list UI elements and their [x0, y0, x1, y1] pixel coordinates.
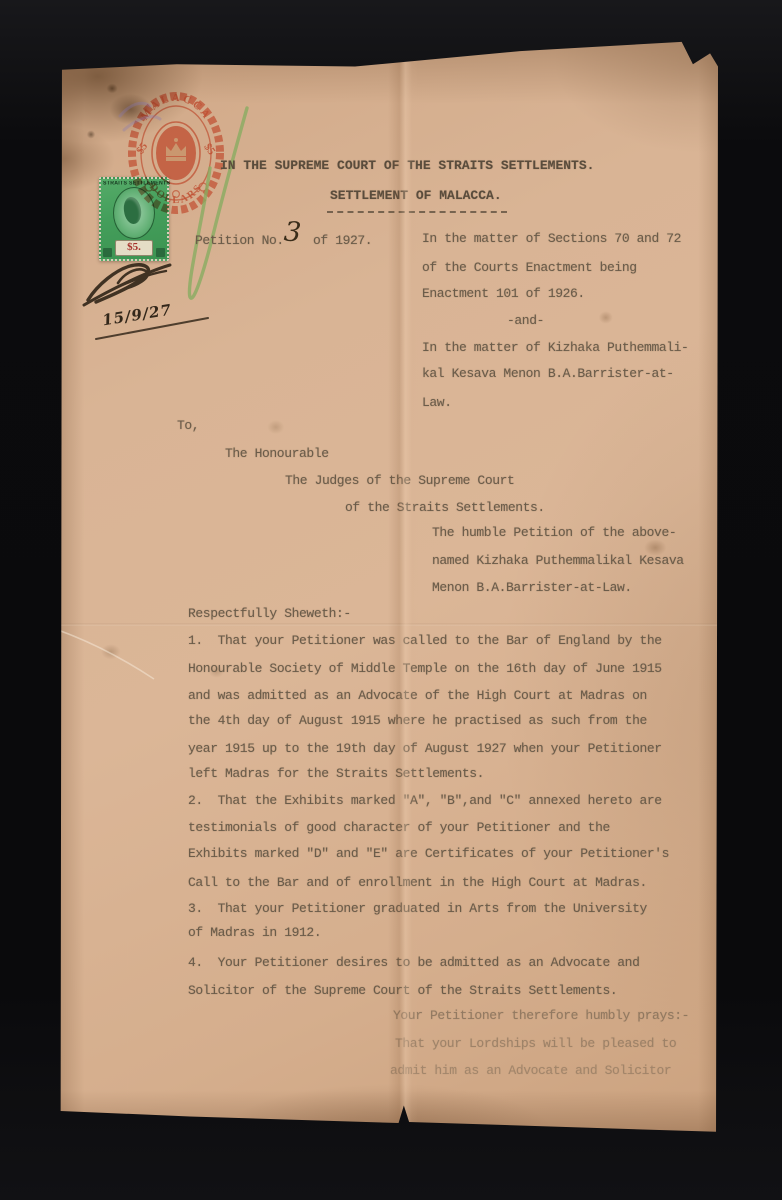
matter-line: Law. [422, 396, 452, 410]
body-line: 3. That your Petitioner graduated in Art… [188, 902, 647, 916]
handwritten-date: 15/9/27 [101, 301, 173, 330]
petition-number-handwritten: 3 [283, 216, 302, 248]
body-line: 4. Your Petitioner desires to be admitte… [188, 956, 639, 970]
malacca-duty-stamp: MALACCA DOLLARS $5 $5 [126, 90, 226, 216]
body-line: Honourable Society of Middle Temple on t… [188, 662, 662, 676]
body-line: and was admitted as an Advocate of the H… [188, 689, 647, 703]
photograph-background: { "doc": { "heading": [ "IN THE SUPREME … [0, 0, 782, 1200]
settlement-heading: SETTLEMENT OF MALACCA. [330, 189, 502, 203]
matter-line: Enactment 101 of 1926. [422, 287, 585, 301]
paper-crease-line [58, 630, 154, 679]
matter-and-separator: -and- [507, 314, 544, 328]
petition-year: of 1927. [313, 234, 372, 248]
petition-intro-line: The humble Petition of the above- [432, 526, 676, 540]
signature-scrawl [84, 265, 170, 305]
matter-line: In the matter of Kizhaka Puthemmali- [422, 341, 688, 355]
prayer-line: admit him as an Advocate and Solicitor [390, 1064, 671, 1078]
revenue-stamp-value: $5. [115, 240, 153, 256]
address-line: of the Straits Settlements. [345, 501, 545, 515]
stamp-corner-ornament [156, 248, 165, 257]
body-line: Exhibits marked "D" and "E" are Certific… [188, 847, 669, 861]
body-line: 2. That the Exhibits marked "A", "B",and… [188, 794, 662, 808]
matter-line: kal Kesava Menon B.A.Barrister-at- [422, 367, 674, 381]
petition-document-page: MALACCA DOLLARS $5 $5 STRAITS SETTLEMENT… [58, 38, 718, 1134]
address-line: To, [177, 419, 199, 433]
prayer-line: Your Petitioner therefore humbly prays:- [393, 1009, 689, 1023]
body-line: left Madras for the Straits Settlements. [188, 767, 484, 781]
address-line: The Honourable [225, 447, 329, 461]
body-line: Solicitor of the Supreme Court of the St… [188, 984, 617, 998]
court-heading: IN THE SUPREME COURT OF THE STRAITS SETT… [220, 159, 594, 173]
body-line: Call to the Bar and of enrollment in the… [188, 876, 647, 890]
horizontal-crease [58, 623, 718, 626]
body-line: 1. That your Petitioner was called to th… [188, 634, 662, 648]
address-line: The Judges of the Supreme Court [285, 474, 514, 488]
matter-line: of the Courts Enactment being [422, 261, 637, 275]
body-line: of Madras in 1912. [188, 926, 321, 940]
body-line: year 1915 up to the 19th day of August 1… [188, 742, 662, 756]
body-line: testimonials of good character of your P… [188, 821, 610, 835]
heading-dashed-underline [327, 211, 507, 213]
sheweth-line: Respectfully Sheweth:- [188, 607, 351, 621]
stamp-corner-ornament [103, 248, 112, 257]
duty-stamp-value-right: $5 [201, 141, 217, 157]
body-line: the 4th day of August 1915 where he prac… [188, 714, 647, 728]
petition-intro-line: Menon B.A.Barrister-at-Law. [432, 581, 632, 595]
petition-intro-line: named Kizhaka Puthemmalikal Kesava [432, 554, 684, 568]
prayer-line: That your Lordships will be pleased to [395, 1037, 676, 1051]
petition-number-label: Petition No. [195, 234, 284, 248]
matter-line: In the matter of Sections 70 and 72 [422, 232, 681, 246]
